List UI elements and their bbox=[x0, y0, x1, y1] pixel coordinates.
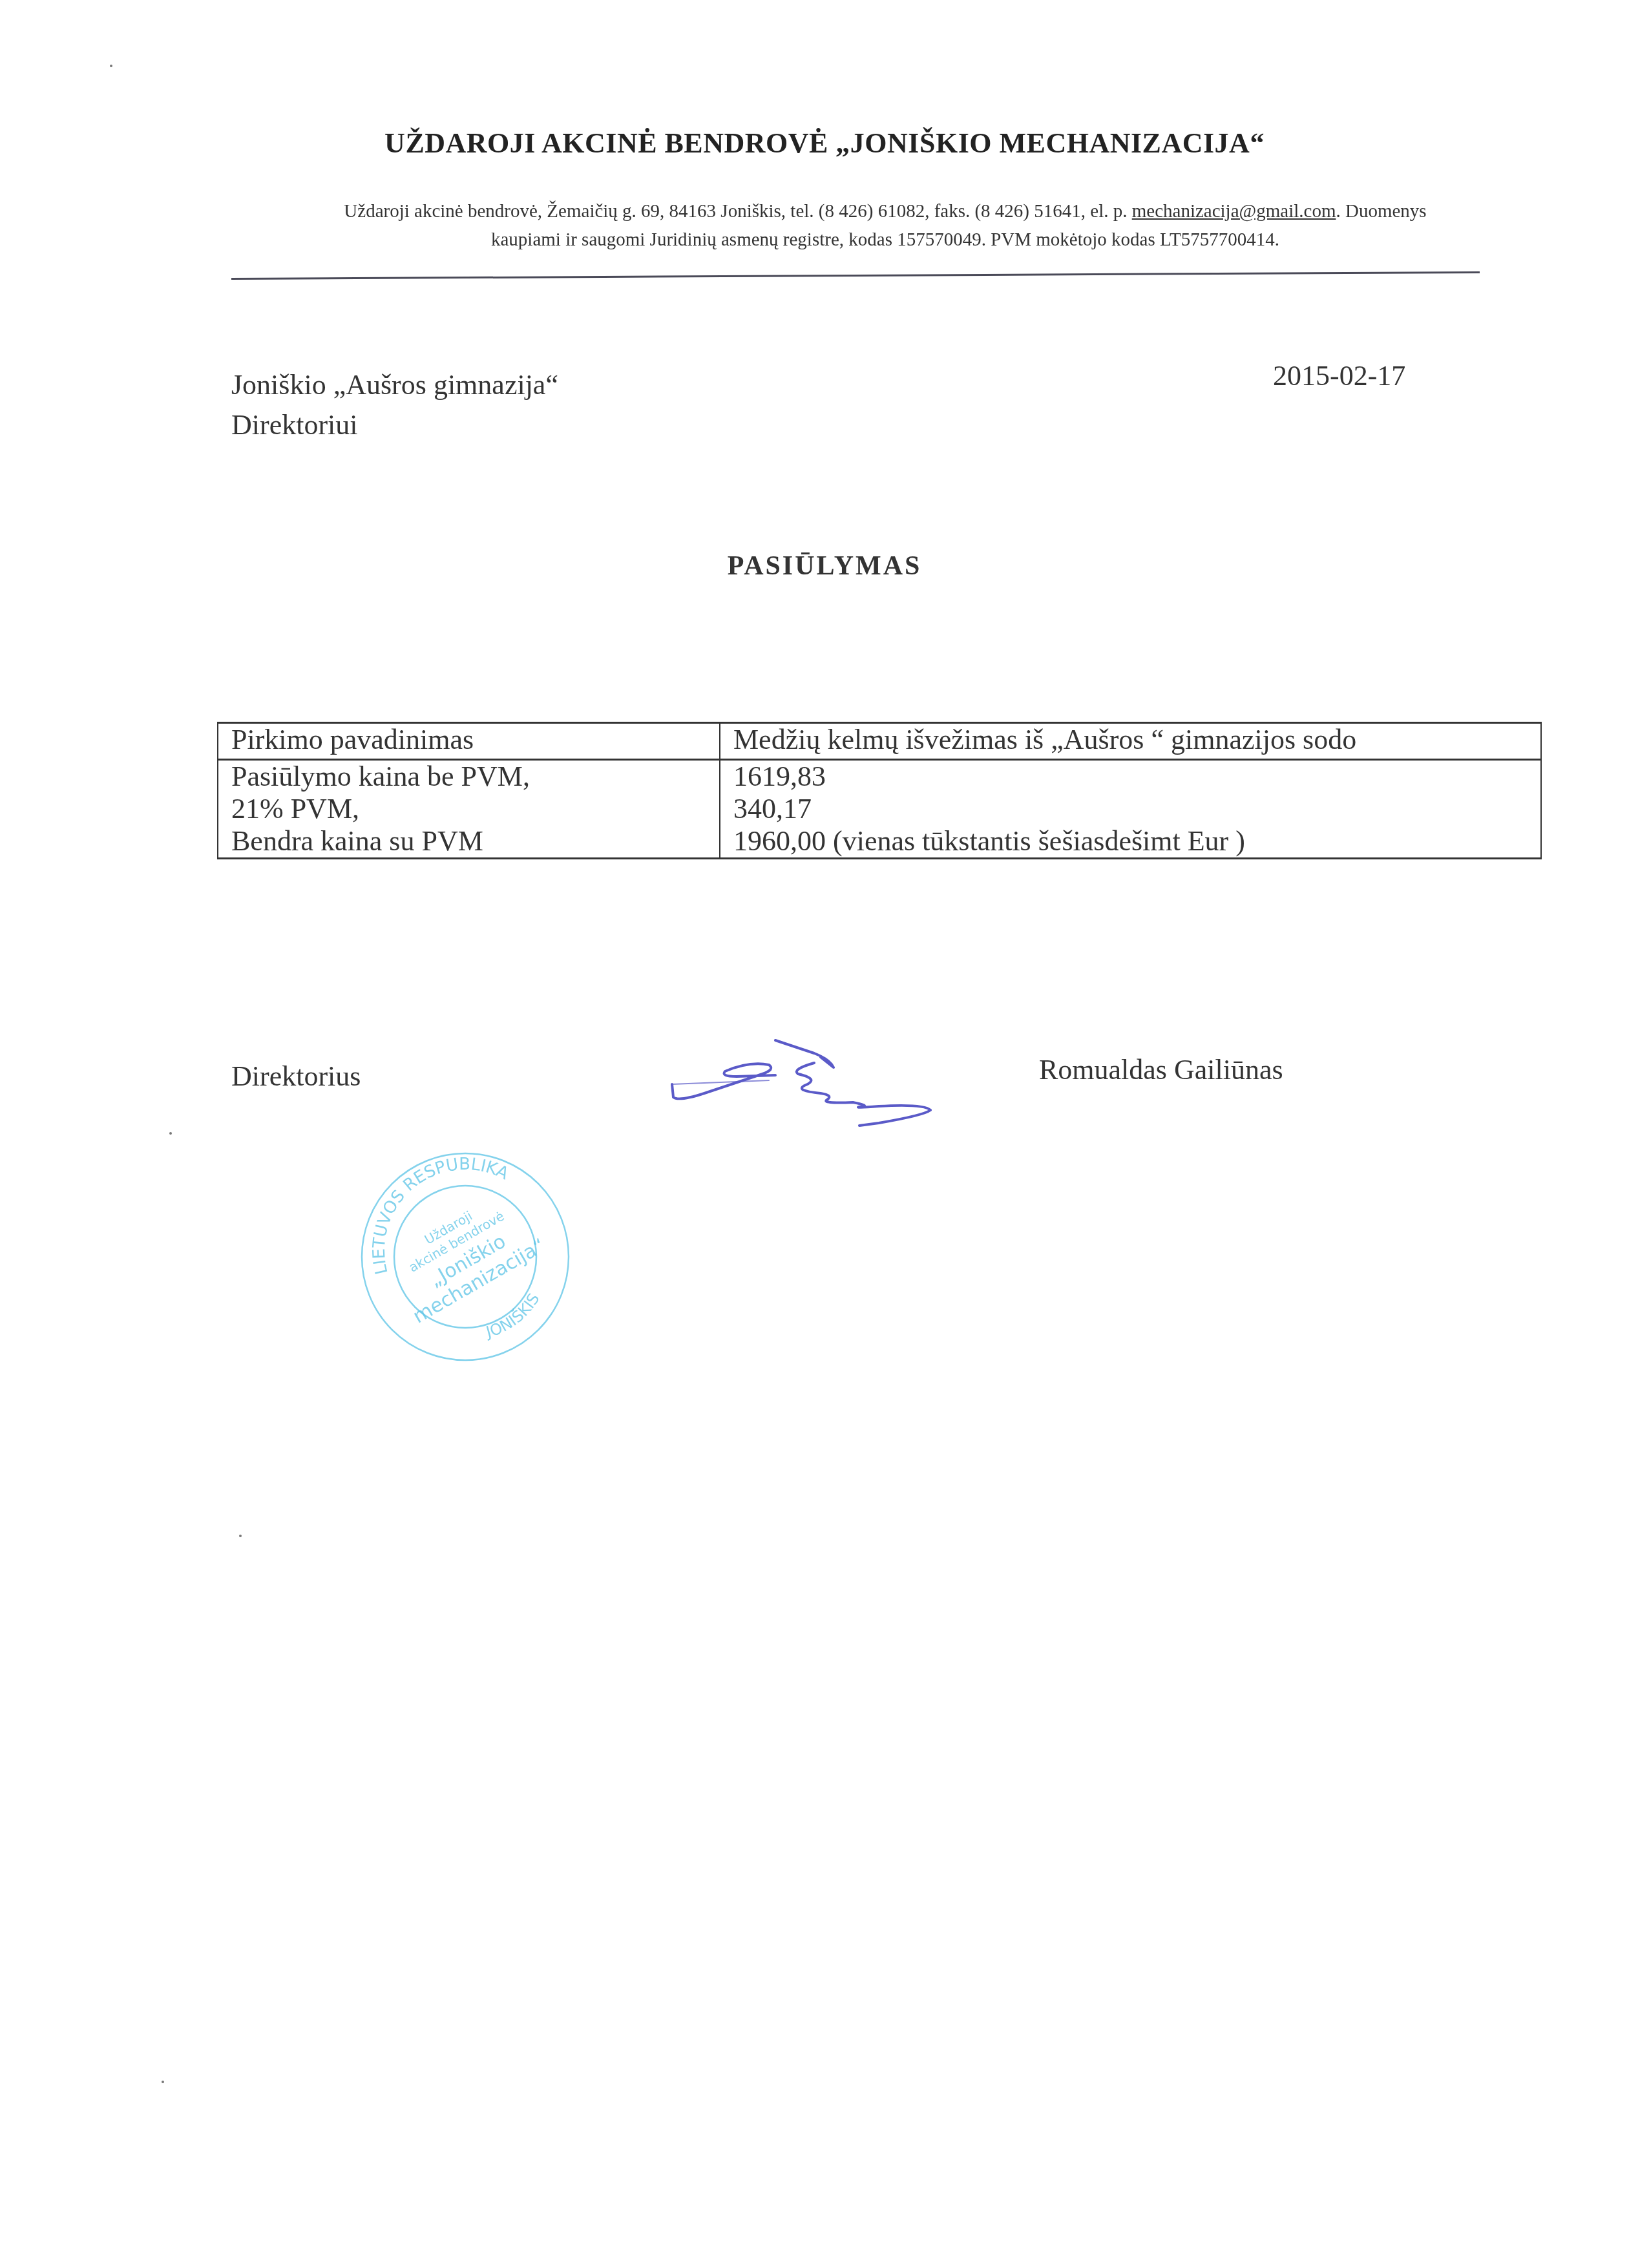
company-info-line1-prefix: Uždaroji akcinė bendrovė, Žemaičių g. 69… bbox=[344, 201, 1131, 222]
signatory-position: Direktorius bbox=[231, 1060, 361, 1093]
company-info-line2: kaupiami ir saugomi Juridinių asmenų reg… bbox=[491, 229, 1279, 250]
addressee-organization: Joniškio „Aušros gimnazija“ bbox=[231, 365, 558, 405]
addressee-block: Joniškio „Aušros gimnazija“ Direktoriui bbox=[231, 365, 558, 445]
signatory-name: Romualdas Gailiūnas bbox=[1039, 1053, 1283, 1086]
table-cell-label: Pasiūlymo kaina be PVM, bbox=[218, 760, 720, 793]
company-contact-info: Uždaroji akcinė bendrovė, Žemaičių g. 69… bbox=[246, 197, 1525, 254]
table-cell-value: 1960,00 (vienas tūkstantis šešiasdešimt … bbox=[720, 825, 1541, 859]
scan-speck bbox=[169, 1132, 172, 1135]
table-cell-label: 21% PVM, bbox=[218, 793, 720, 825]
table-cell-value: 340,17 bbox=[720, 793, 1541, 825]
signature-icon bbox=[666, 1034, 937, 1144]
document-title: PASIŪLYMAS bbox=[0, 551, 1649, 582]
scan-speck bbox=[110, 65, 112, 67]
company-info-line1-suffix: . Duomenys bbox=[1336, 201, 1426, 222]
scan-speck bbox=[239, 1535, 242, 1537]
table-row: Pirkimo pavadinimas Medžių kelmų išvežim… bbox=[218, 723, 1541, 760]
addressee-recipient: Direktoriui bbox=[231, 405, 558, 445]
table-cell-label: Bendra kaina su PVM bbox=[218, 825, 720, 859]
company-stamp-icon: LIETUVOS RESPUBLIKA JONIŠKIS Uždaroji ak… bbox=[352, 1144, 578, 1370]
table-row: 21% PVM, 340,17 bbox=[218, 793, 1541, 825]
table-cell-value: Medžių kelmų išvežimas iš „Aušros “ gimn… bbox=[720, 723, 1541, 760]
company-email-link[interactable]: mechanizacija@gmail.com bbox=[1132, 201, 1336, 222]
scan-speck bbox=[162, 2081, 164, 2083]
table-cell-label: Pirkimo pavadinimas bbox=[218, 723, 720, 760]
company-name: UŽDAROJI AKCINĖ BENDROVĖ „JONIŠKIO MECHA… bbox=[0, 127, 1649, 160]
table-row: Bendra kaina su PVM 1960,00 (vienas tūks… bbox=[218, 825, 1541, 859]
document-date: 2015-02-17 bbox=[1273, 359, 1405, 392]
table-row: Pasiūlymo kaina be PVM, 1619,83 bbox=[218, 760, 1541, 793]
offer-table: Pirkimo pavadinimas Medžių kelmų išvežim… bbox=[217, 722, 1542, 859]
header-divider bbox=[231, 271, 1480, 280]
table-cell-value: 1619,83 bbox=[720, 760, 1541, 793]
